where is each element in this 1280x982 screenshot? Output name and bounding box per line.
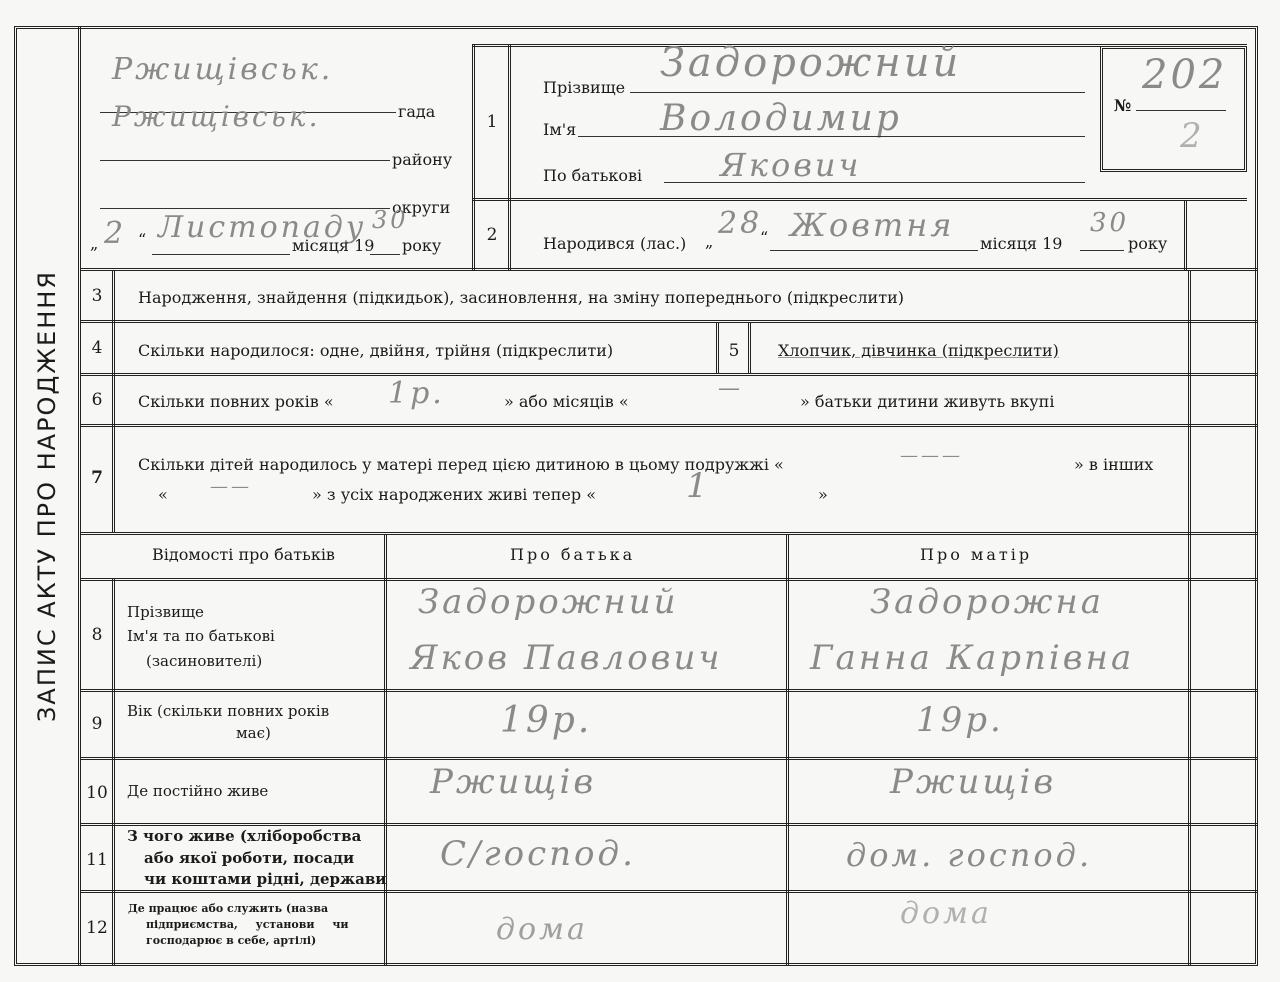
row8-label-1: Прізвище — [127, 603, 204, 621]
row9-label-2: має) — [236, 724, 271, 742]
row4-number: 4 — [82, 338, 112, 358]
father-workplace: дома — [496, 912, 588, 947]
row12-top — [80, 890, 1258, 893]
row11-label-2: або якої роботи, посади — [144, 849, 354, 867]
row12-label-2: підприємства, установи чи — [146, 918, 349, 931]
row6-years-value: 1р. — [388, 376, 445, 411]
record-number-value: 202 — [1142, 52, 1227, 98]
field1-number: 1 — [476, 112, 508, 132]
row11-label-3: чи коштами рідні, держави — [144, 870, 386, 888]
date-day: 2 — [104, 216, 126, 251]
row6-top — [80, 373, 1258, 376]
row5-number: 5 — [720, 341, 748, 361]
born-label: Народився (лас.) — [543, 234, 686, 253]
row7-top — [80, 424, 1258, 427]
row5-divider-b — [748, 322, 751, 373]
row6-text-c: » батьки дитини живуть вкупі — [800, 392, 1054, 411]
date-year-line — [370, 254, 400, 255]
row3-top — [80, 268, 1258, 271]
row6-number: 6 — [82, 390, 112, 410]
city-value: Ржищівськ. — [112, 52, 333, 87]
father-residence: Ржищів — [430, 762, 596, 802]
row7-this-marriage-value: ——— — [900, 445, 963, 466]
surname-label: Прізвище — [543, 78, 625, 97]
field2-number: 2 — [476, 225, 508, 245]
district-line — [100, 160, 390, 161]
row6-text-b: » або місяців « — [504, 392, 629, 411]
row9-label-1: Вік (скільки повних років — [127, 702, 329, 720]
row12-label-1: Де працює або служить (назва — [128, 902, 328, 915]
mother-name: Ганна Карпівна — [810, 638, 1134, 678]
born-year-line — [1080, 250, 1124, 251]
father-header: Про батька — [510, 545, 635, 564]
row3-text: Народження, знайдення (підкидьок), засин… — [138, 288, 904, 307]
record-number-line — [1136, 110, 1226, 111]
row5-divider-a — [716, 322, 719, 373]
region-line — [100, 208, 390, 209]
parents-label-divider — [384, 534, 387, 966]
number-column-divider — [112, 270, 115, 532]
row3-number: 3 — [82, 286, 112, 306]
name-line — [578, 136, 1085, 137]
mother-occupation: дом. господ. — [846, 836, 1092, 874]
row4-text: Скільки народилося: одне, двійня, трійня… — [138, 341, 613, 360]
row7-line2-text: » з усіх народжених живі тепер « — [312, 485, 596, 504]
parents-father-mother-divider — [786, 534, 789, 966]
born-month-value: Жовтня — [790, 206, 954, 244]
record-number-label: № — [1114, 96, 1131, 115]
row7-number: 7 — [82, 468, 112, 488]
row4-top — [80, 320, 1258, 323]
row11-top — [80, 823, 1258, 826]
row6-months-value: — — [718, 376, 743, 401]
row8-label-2: Ім'я та по батькові — [127, 627, 275, 645]
born-open-quote: „ — [705, 232, 713, 251]
patronymic-value: Якович — [720, 146, 861, 184]
header-left-block: Ржищівськ. гада Ржищівськ. району округи… — [82, 30, 472, 270]
patronymic-label: По батькові — [543, 166, 642, 185]
parents-header-label: Відомості про батьків — [152, 545, 335, 564]
father-age: 19р. — [500, 700, 592, 741]
row10-label: Де постійно живе — [127, 782, 268, 800]
born-month-label: місяця 19 — [980, 234, 1062, 253]
row9-number: 9 — [82, 714, 112, 734]
row12-label-3: господарює в себе, артілі) — [146, 934, 316, 947]
field2-right-divider — [1184, 200, 1187, 270]
born-close-quote: “ — [760, 228, 768, 247]
row7-other-value: —— — [210, 476, 252, 497]
row12-number: 12 — [82, 918, 112, 938]
row7-line1-end: » в інших — [1074, 455, 1153, 474]
header-divider-num — [508, 44, 511, 270]
record-sub-value: 2 — [1180, 116, 1205, 156]
name-label: Ім'я — [543, 120, 576, 139]
born-day-value: 28 — [718, 206, 762, 241]
born-year-value: 30 — [1090, 208, 1129, 238]
row9-top — [80, 689, 1258, 692]
header-divider-left — [472, 44, 475, 270]
mother-workplace: дома — [900, 896, 992, 931]
born-month-line — [770, 250, 978, 251]
row11-label-1: З чого живе (хліборобства — [127, 827, 361, 845]
date-month-label: місяця 19 — [292, 236, 374, 255]
city-label: гада — [398, 102, 435, 121]
father-occupation: С/господ. — [440, 834, 636, 874]
table-header-top — [80, 532, 1258, 535]
row7-line2-open: « — [158, 485, 168, 504]
father-surname: Задорожний — [418, 582, 679, 622]
district-value: Ржищівськ. — [112, 100, 321, 133]
mother-header: Про матір — [920, 545, 1032, 564]
born-year-label: року — [1128, 234, 1167, 253]
side-title-column: ЗАПИС АКТУ ПРО НАРОДЖЕННЯ — [14, 26, 80, 966]
father-name: Яков Павлович — [410, 638, 723, 678]
row8-label-3: (засиновителі) — [146, 652, 262, 670]
row6-text-a: Скільки повних років « — [138, 392, 334, 411]
name-value: Володимир — [660, 98, 902, 139]
row8-number: 8 — [82, 625, 112, 645]
district-label: району — [392, 150, 452, 169]
row5-text: Хлопчик, дівчинка (підкреслити) — [778, 341, 1059, 360]
field1-field2-divider — [472, 198, 1247, 201]
row7-line2-close: » — [818, 485, 828, 504]
mother-age: 19р. — [916, 700, 1004, 740]
date-year: 30 — [372, 206, 409, 234]
number-column-divider-lower — [112, 578, 115, 966]
date-month-line — [152, 254, 290, 255]
side-title: ЗАПИС АКТУ ПРО НАРОДЖЕННЯ — [33, 270, 61, 722]
date-close-quote: “ — [138, 230, 146, 249]
row11-number: 11 — [82, 850, 112, 870]
date-year-label: року — [402, 236, 441, 255]
date-open-quote: „ — [90, 234, 98, 253]
surname-value: Задорожний — [660, 40, 961, 86]
mother-surname: Задорожна — [870, 582, 1104, 622]
mother-residence: Ржищів — [890, 762, 1056, 802]
row10-number: 10 — [82, 783, 112, 803]
row10-top — [80, 757, 1258, 760]
row7-alive-value: 1 — [686, 466, 711, 506]
row8-top — [80, 578, 1258, 581]
surname-line — [630, 92, 1085, 93]
patronymic-line — [664, 182, 1085, 183]
